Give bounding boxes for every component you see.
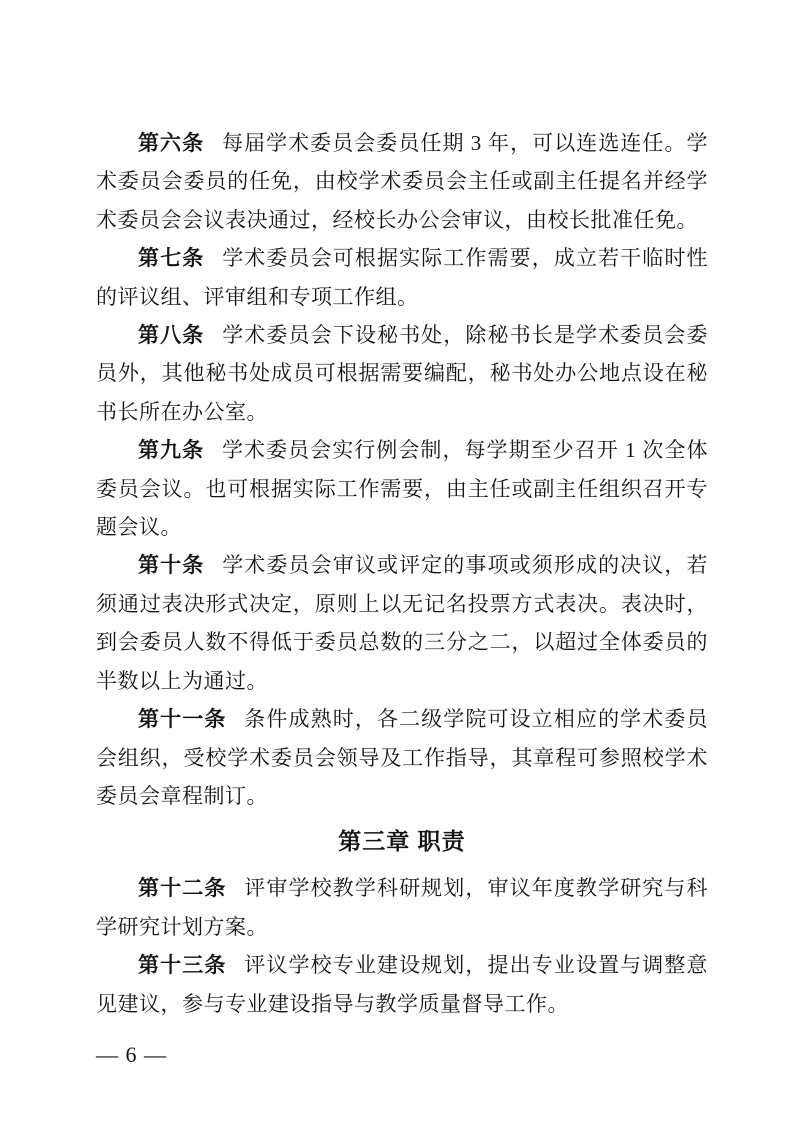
article-number: 第十条 <box>138 553 204 577</box>
page-number: — 6 — <box>96 1040 167 1070</box>
article-paragraph: 第七条学术委员会可根据实际工作需要，成立若干临时性的评议组、评审组和专项工作组。 <box>96 239 708 316</box>
article-paragraph: 第十二条评审学校教学科研规划，审议年度教学研究与科学研究计划方案。 <box>96 869 708 946</box>
article-number: 第十二条 <box>138 876 226 900</box>
article-paragraph: 第八条学术委员会下设秘书处，除秘书长是学术委员会委员外，其他秘书处成员可根据需要… <box>96 316 708 431</box>
article-number: 第七条 <box>138 246 204 270</box>
article-paragraph: 第九条学术委员会实行例会制，每学期至少召开 1 次全体委员会议。也可根据实际工作… <box>96 431 708 546</box>
article-paragraph: 第十一条条件成熟时，各二级学院可设立相应的学术委员会组织，受校学术委员会领导及工… <box>96 700 708 815</box>
article-paragraph: 第十条学术委员会审议或评定的事项或须形成的决议，若须通过表决形式决定，原则上以无… <box>96 546 708 700</box>
article-number: 第十一条 <box>138 707 226 731</box>
document-body: 第六条每届学术委员会委员任期 3 年，可以连选连任。学术委员会委员的任免，由校学… <box>96 124 708 1023</box>
article-number: 第六条 <box>138 131 204 155</box>
article-number: 第九条 <box>138 438 204 462</box>
article-paragraph: 第十三条评议学校专业建设规划，提出专业设置与调整意见建议，参与专业建设指导与教学… <box>96 946 708 1023</box>
article-number: 第十三条 <box>138 953 226 977</box>
article-number: 第八条 <box>138 323 204 347</box>
chapter-heading: 第三章 职责 <box>96 822 708 860</box>
document-page: 第六条每届学术委员会委员任期 3 年，可以连选连任。学术委员会委员的任免，由校学… <box>0 0 793 1122</box>
article-paragraph: 第六条每届学术委员会委员任期 3 年，可以连选连任。学术委员会委员的任免，由校学… <box>96 124 708 239</box>
